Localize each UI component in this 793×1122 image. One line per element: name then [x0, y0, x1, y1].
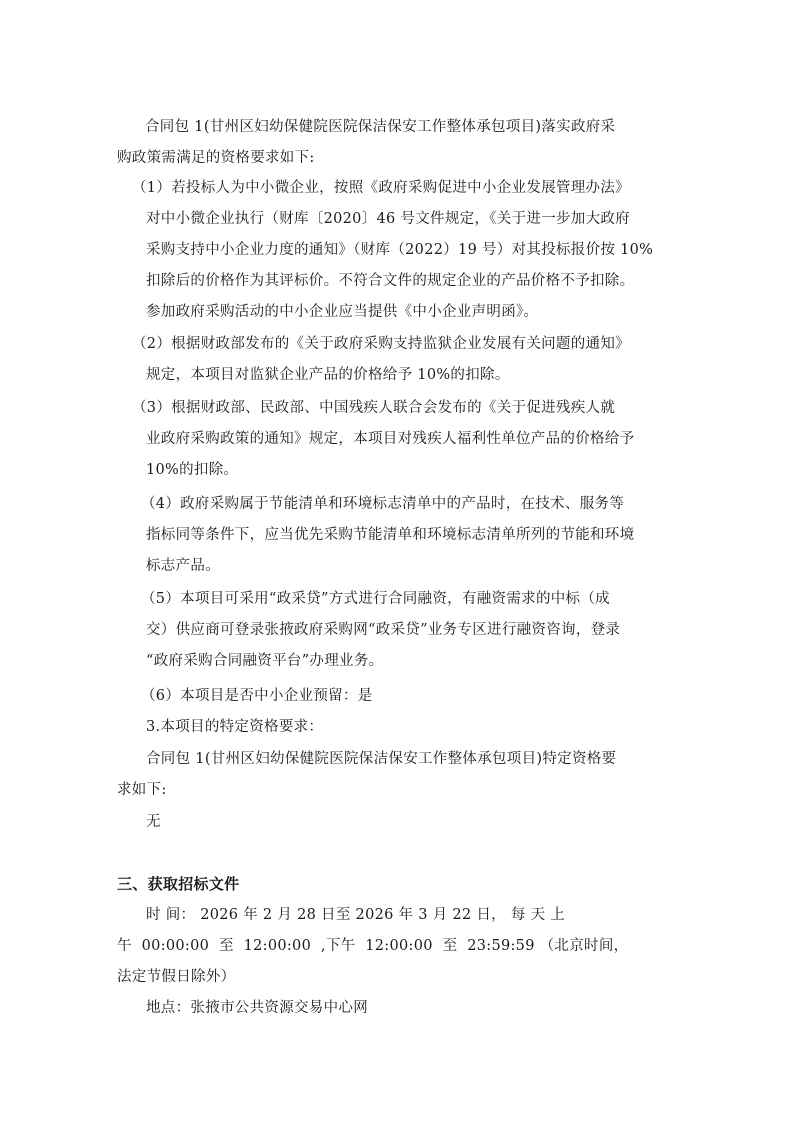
obtain-time-line-3: 法定节假日除外）	[117, 967, 235, 987]
item3-line-3: 10%的扣除。	[146, 460, 238, 480]
item6-line: （6）本项目是否中小企业预留：是	[141, 686, 373, 706]
specific-requirements-line-1: 合同包 1(甘州区妇幼保健院医院保洁保安工作整体承包项目)特定资格要	[146, 749, 616, 769]
obtain-time-line-1: 时 间： 2026 年 2 月 28 日至 2026 年 3 月 22 日， 每…	[146, 905, 565, 925]
item4-line-2: 指标同等条件下，应当优先采购节能清单和环境标志清单所列的节能和环境	[146, 525, 634, 545]
item4-line-3: 标志产品。	[146, 556, 220, 576]
item3-line-2: 业政府采购政策的通知》规定，本项目对残疾人福利性单位产品的价格给予	[146, 429, 634, 449]
policy-intro-line-1: 合同包 1(甘州区妇幼保健院医院保洁保安工作整体承包项目)落实政府采	[145, 117, 615, 137]
item5-line-1: （5）本项目可采用“政采贷”方式进行合同融资，有融资需求的中标（成	[141, 589, 610, 609]
section-heading-obtain-documents: 三、获取招标文件	[117, 874, 239, 894]
item1-line-1: （1）若投标人为中小微企业，按照《政府采购促进中小企业发展管理办法》	[132, 178, 630, 198]
item3-line-1: （3）根据财政部、民政部、中国残疾人联合会发布的《关于促进残疾人就	[132, 398, 615, 418]
obtain-location: 地点：张掖市公共资源交易中心网	[146, 998, 368, 1018]
item1-line-4: 扣除后的价格作为其评标价。不符合文件的规定企业的产品价格不予扣除。	[146, 271, 634, 291]
item1-line-3: 采购支持中小企业力度的通知》（财库（2022）19 号）对其投标报价按 10%	[146, 240, 653, 260]
item5-line-2: 交）供应商可登录张掖政府采购网“政采贷”业务专区进行融资咨询，登录	[146, 620, 620, 640]
item1-line-2: 对中小微企业执行（财库〔2020〕46 号文件规定，《关于进一步加大政府	[146, 209, 630, 229]
policy-intro-line-2: 购政策需满足的资格要求如下:	[117, 148, 315, 168]
obtain-time-line-2: 午 00:00:00 至 12:00:00 ,下午 12:00:00 至 23:…	[117, 936, 628, 956]
specific-requirements-title: 3.本项目的特定资格要求：	[146, 717, 323, 737]
item4-line-1: （4）政府采购属于节能清单和环境标志清单中的产品时，在技术、服务等	[141, 494, 624, 514]
document-page: 合同包 1(甘州区妇幼保健院医院保洁保安工作整体承包项目)落实政府采 购政策需满…	[0, 0, 793, 1122]
specific-requirements-line-2: 求如下:	[117, 780, 167, 800]
specific-requirements-value: 无	[146, 812, 161, 832]
item2-line-2: 规定，本项目对监狱企业产品的价格给予 10%的扣除。	[146, 365, 510, 385]
item2-line-1: （2）根据财政部发布的《关于政府采购支持监狱企业发展有关问题的通知》	[132, 334, 630, 354]
item5-line-3: “政府采购合同融资平台”办理业务。	[146, 651, 383, 671]
item1-line-5: 参加政府采购活动的中小企业应当提供《中小企业声明函》。	[146, 302, 538, 322]
